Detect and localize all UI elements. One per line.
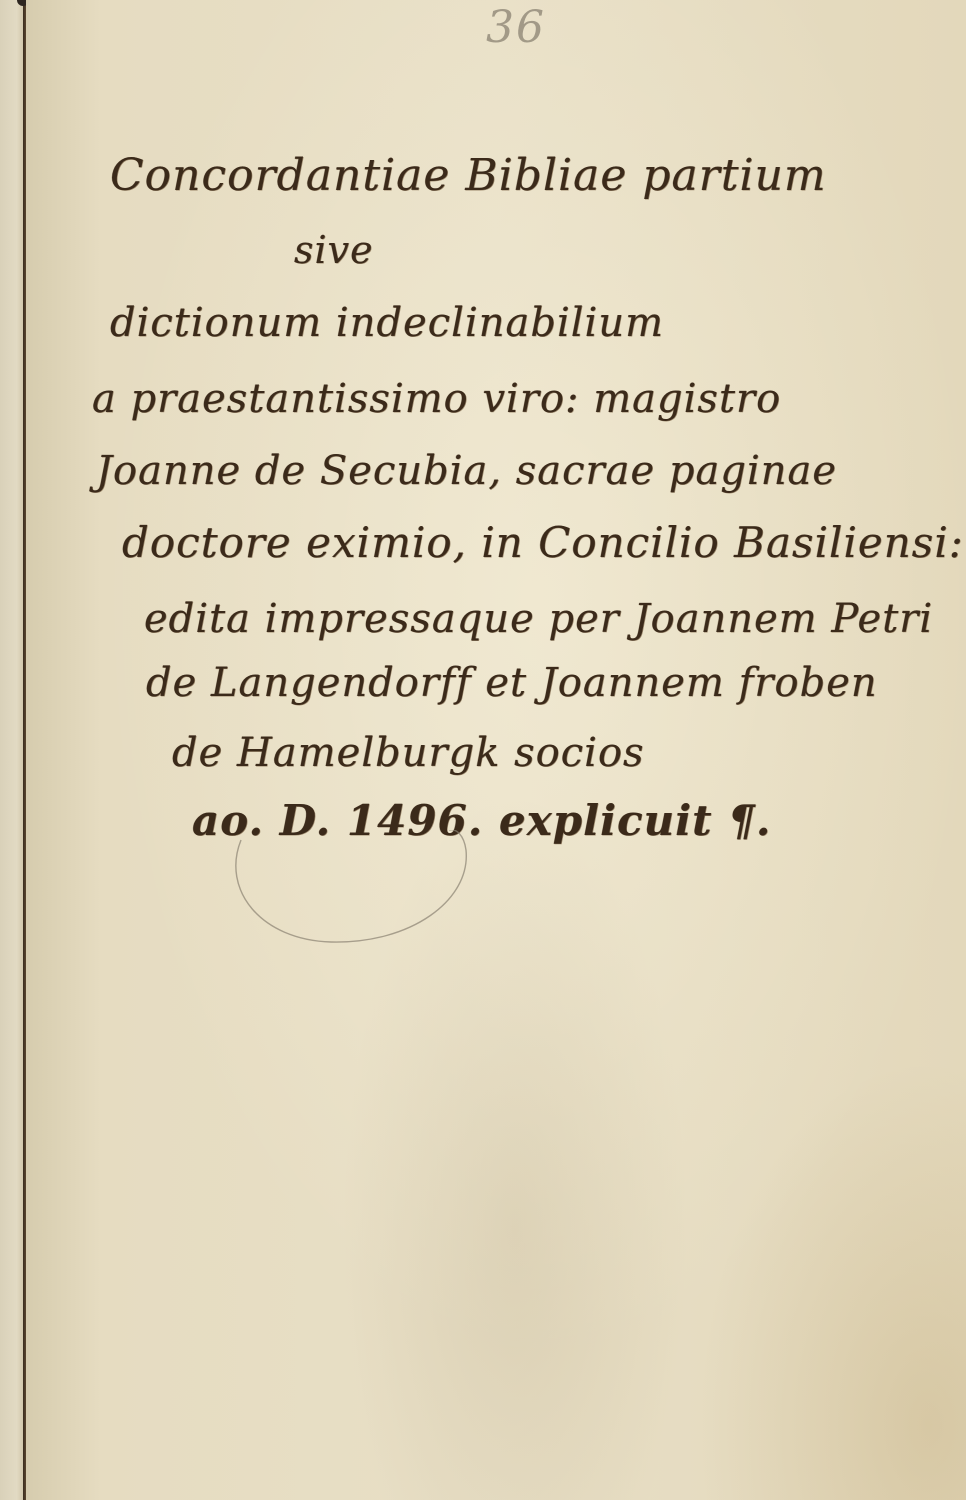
inscription-line-5: Joanne de Secubia, sacrae paginae	[96, 448, 837, 494]
inscription-line-6: doctore eximio, in Concilio Basiliensi:	[122, 518, 964, 567]
inscription-line-1: Concordantiae Bibliae partium	[110, 150, 827, 201]
inscription-line-2: sive	[294, 228, 374, 272]
manuscript-page: 36 Concordantiae Bibliae partium sive di…	[26, 0, 966, 1500]
adjacent-page-edge	[0, 0, 24, 1500]
inscription-line-4: a praestantissimo viro: magistro	[92, 376, 781, 422]
inscription-line-3: dictionum indeclinabilium	[110, 300, 664, 346]
inscription-line-8: de Langendorff et Joannem froben	[146, 660, 878, 706]
pencil-arc-mark	[221, 830, 491, 950]
pencil-shelf-mark: 36	[486, 2, 546, 53]
inscription-line-9: de Hamelburgk socios	[172, 730, 645, 776]
inscription-line-7: edita impressaque per Joannem Petri	[144, 596, 933, 642]
